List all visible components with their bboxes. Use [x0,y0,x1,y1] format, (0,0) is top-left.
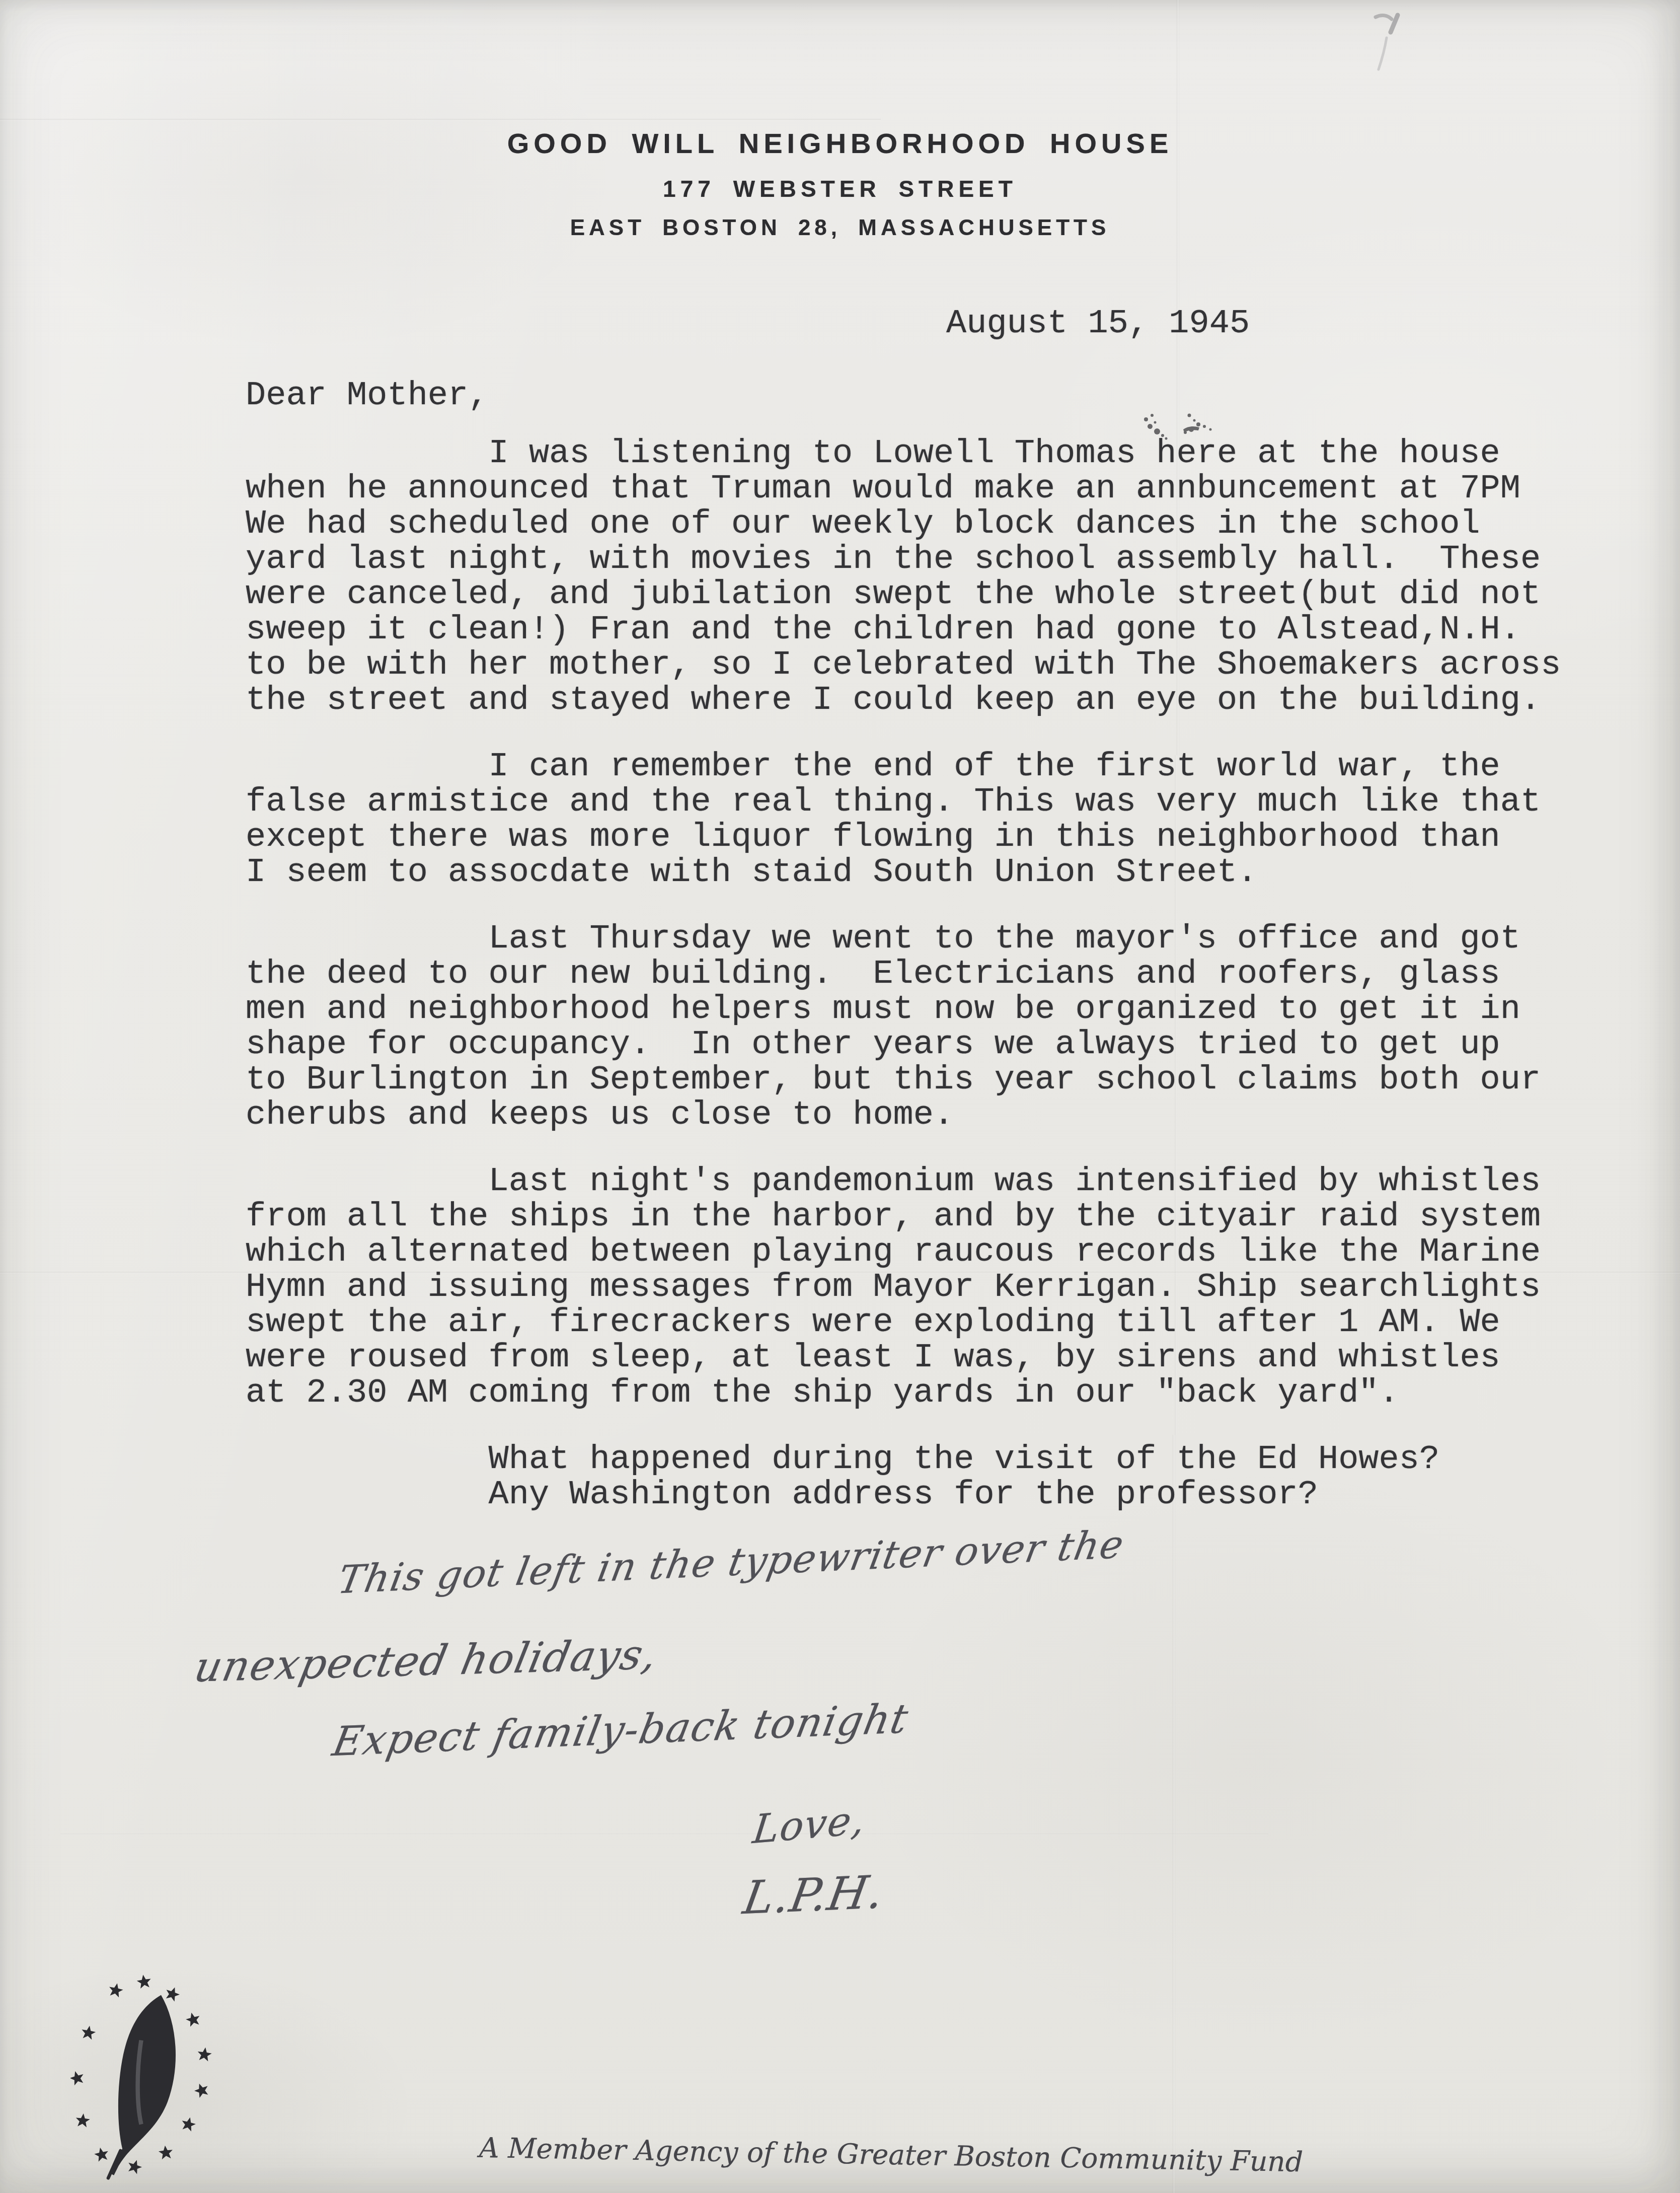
star-icon [197,2046,213,2062]
star-icon [193,2081,211,2099]
star-icon [126,2158,143,2175]
star-icon [81,2024,97,2040]
footer-member-text: A Member Agency of the Greater Boston Co… [479,2132,1304,2178]
star-icon [93,2146,110,2162]
fold-crease [60,1834,1268,1835]
star-icon [136,1973,152,1989]
fold-crease [1173,1435,1175,2193]
scanned-letter-page: GOOD WILL NEIGHBORHOOD HOUSE 177 WEBSTER… [0,0,1680,2193]
star-icon [70,2069,86,2086]
handwritten-note-line3: Expect family-back tonight [329,1695,913,1766]
star-icon [108,1982,124,1998]
star-icon [158,2145,174,2159]
handwritten-note-line2: unexpected holidays, [191,1631,662,1692]
star-icon [75,2113,91,2128]
paragraph: I can remember the end of the first worl… [246,749,1574,890]
star-icon [185,2011,202,2027]
letter-body: I was listening to Lowell Thomas here at… [246,436,1574,1544]
handwritten-closing: Love, [750,1797,868,1853]
handwritten-initials: L.P.H. [739,1865,888,1925]
star-icon [164,1985,182,2003]
community-fund-logo [70,1961,221,2189]
letterhead-city: EAST BOSTON 28, MASSACHUSETTS [0,215,1680,241]
paragraph-questions: What happened during the visit of the Ed… [246,1442,1574,1512]
letterhead-address: 177 WEBSTER STREET [0,175,1680,202]
fold-crease [0,119,881,121]
letterhead-org-name: GOOD WILL NEIGHBORHOOD HOUSE [0,127,1680,160]
salutation: Dear Mother, [246,377,488,415]
star-icon [180,2115,197,2132]
date-line: August 15, 1945 [946,305,1250,343]
paragraph: Last Thursday we went to the mayor's off… [246,921,1574,1133]
pencil-mark [1366,10,1422,76]
paragraph: I was listening to Lowell Thomas here at… [246,436,1574,718]
paragraph: Last night's pandemonium was intensified… [246,1164,1574,1411]
